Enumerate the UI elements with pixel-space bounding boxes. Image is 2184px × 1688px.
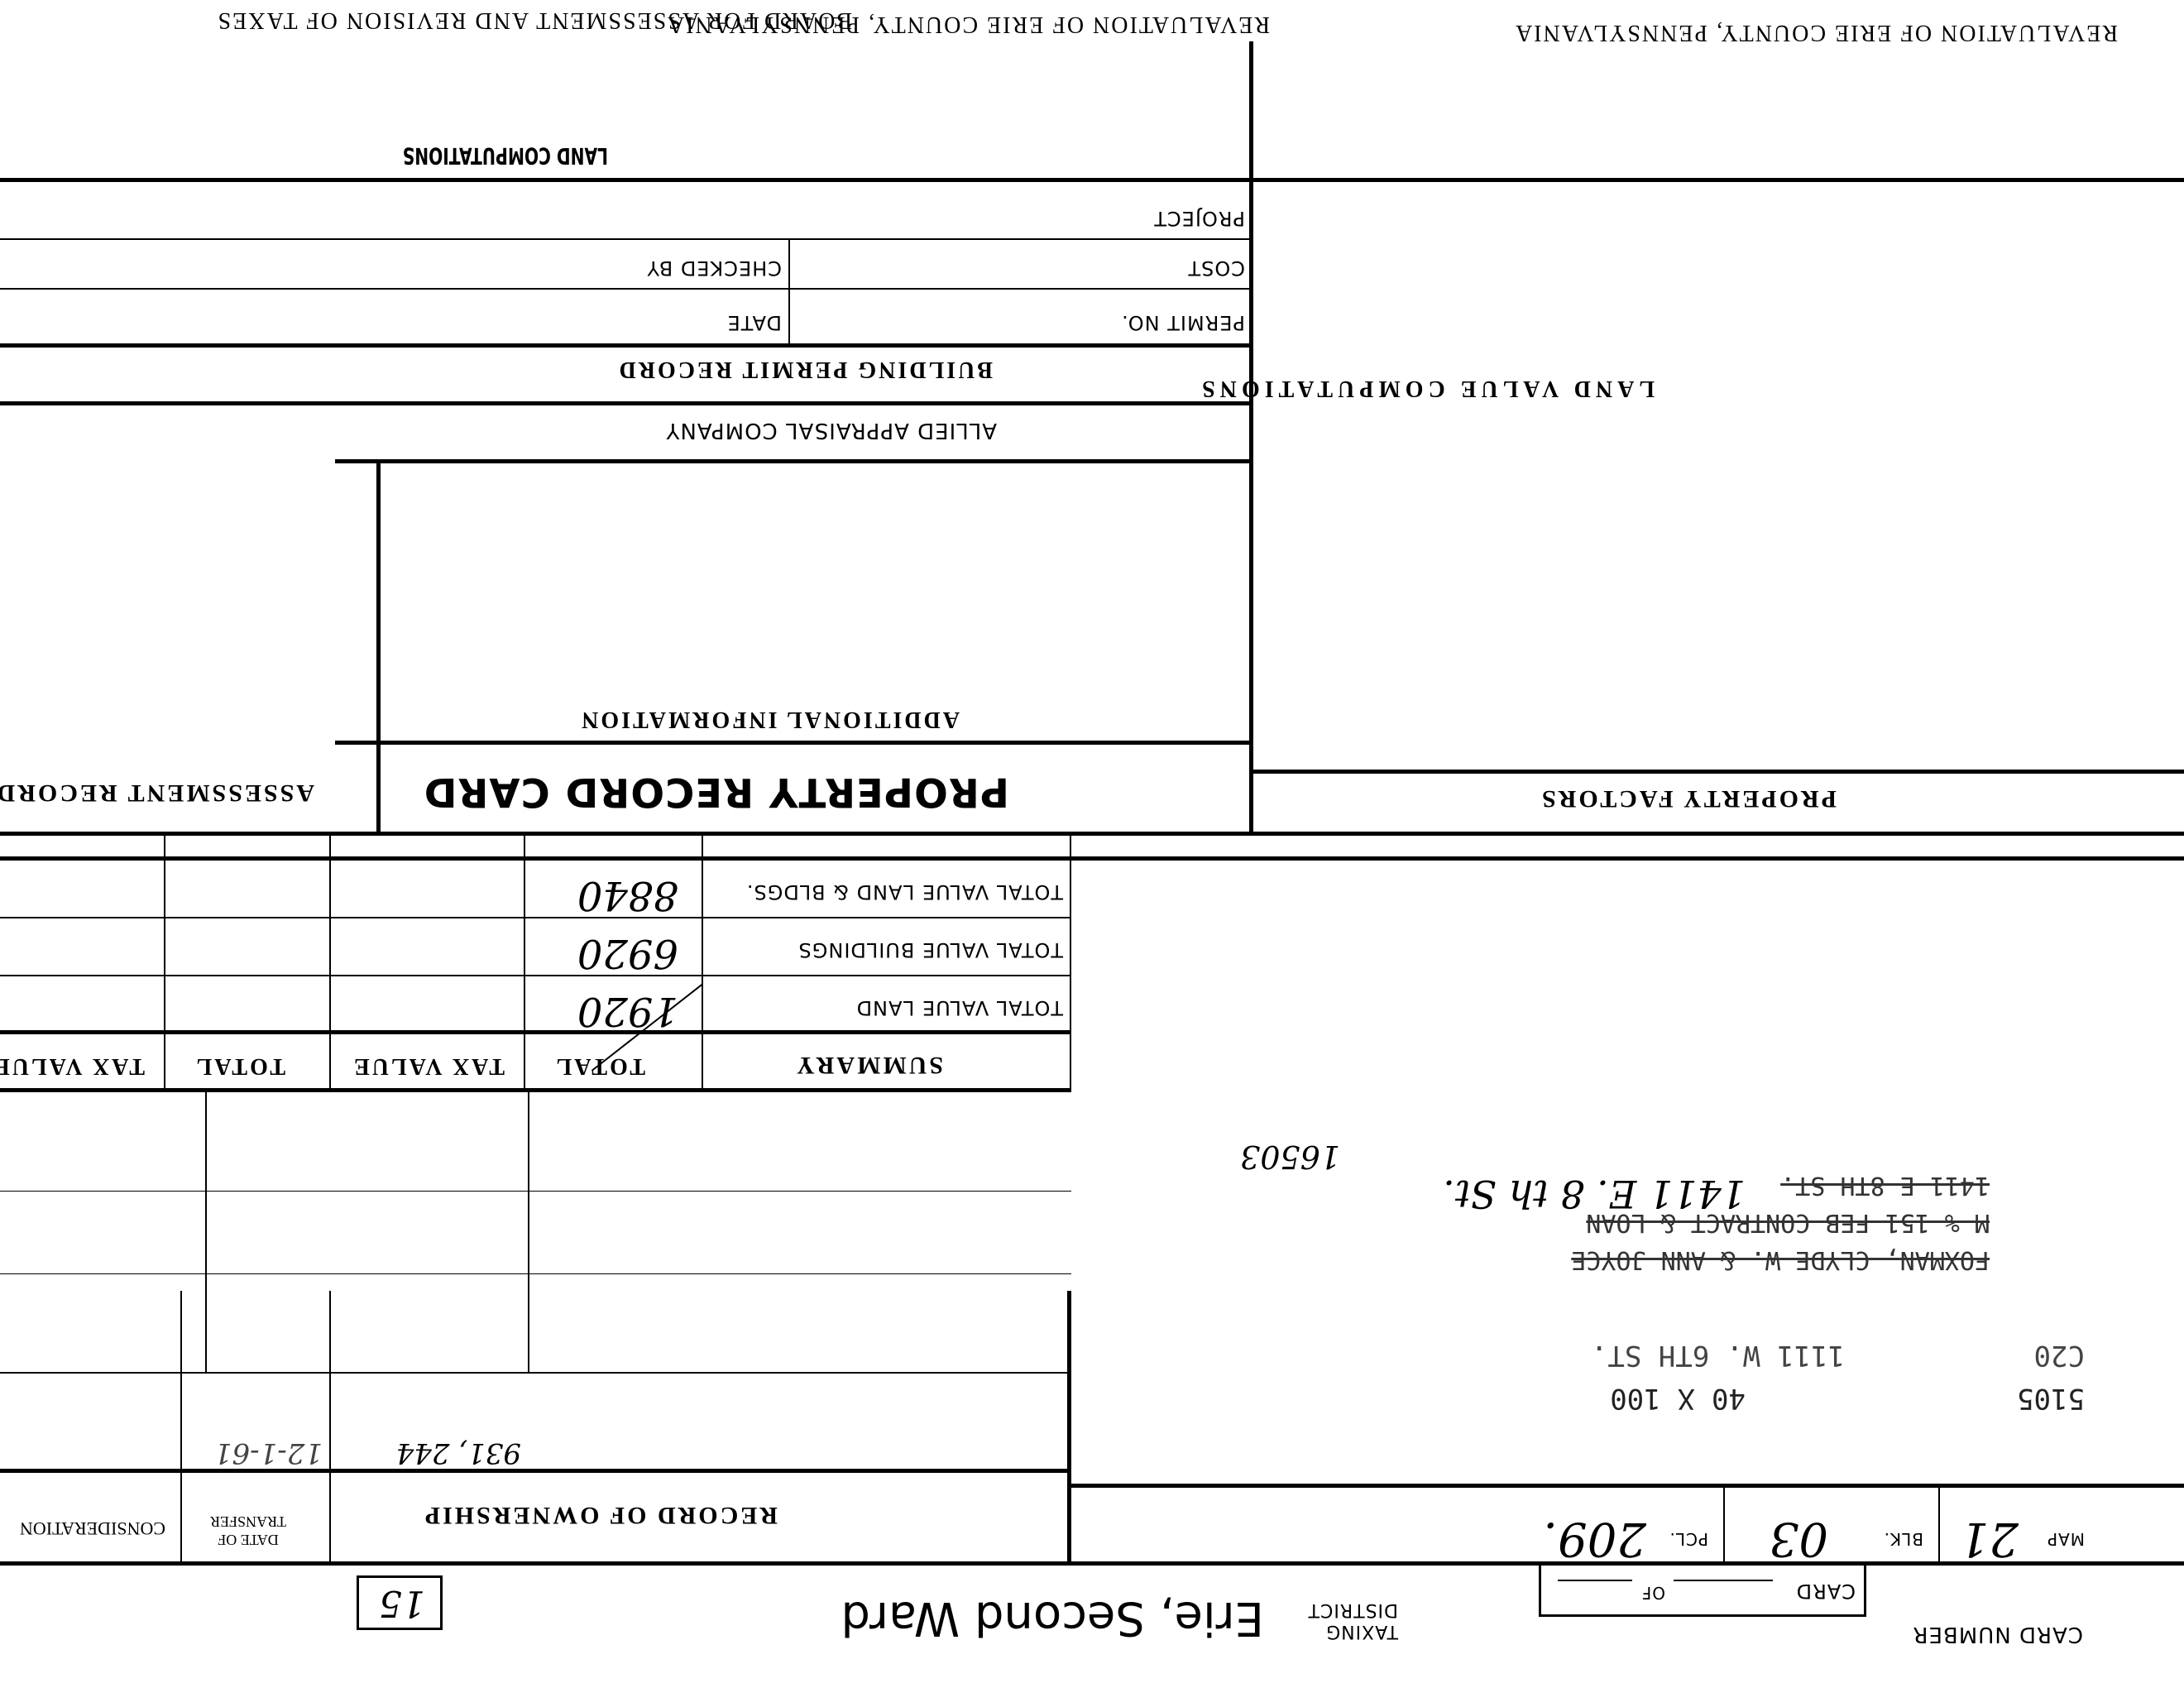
situs-address: 1111 W. 6TH ST. [1591,1339,1845,1372]
revaluation-footer-left: REVALUATION OF ERIE COUNTY, PENNSYLVANIA [1514,19,2118,46]
blk-value: 03 [1770,1512,1828,1566]
divider [0,1372,1071,1374]
divider [329,1291,331,1564]
divider [329,836,331,1092]
divider [1938,1488,1940,1564]
divider [1249,41,1253,836]
transfer-date-value: 12-1-61 [214,1436,323,1470]
board-footer: BOARD FOR ASSESSMENT AND REVISION OF TAX… [217,7,852,33]
summary-tax-value-header: TAX VALUE [352,1053,505,1079]
card-label: CARD [1796,1580,1856,1603]
summary-tax-value-header-2: TAX VALUE [0,1053,145,1079]
project-label: PROJECT [1153,207,1245,230]
summary-row-label: TOTAL VALUE BUILDINGS [798,938,1063,961]
property-record-card: CARD NUMBER CARD OF TAXING DISTRICT Erie… [0,0,2184,1688]
boxed-number: 15 [357,1575,443,1630]
map-value: 21 [1960,1512,2019,1566]
ownership-title: RECORD OF OWNERSHIP [423,1501,778,1529]
card-number-label: CARD NUMBER [1912,1622,2083,1647]
property-factors-title: PROPERTY FACTORS [1540,784,1837,813]
property-record-card-title: PROPERTY RECORD CARD [424,769,1009,815]
lot-dimensions: 40 X 100 [1610,1382,1746,1415]
summary-title: SUMMARY [794,1051,943,1079]
divider [0,856,2184,861]
divider [0,343,1253,348]
assessment-record-title: ASSESSMENT RECORD [0,779,314,807]
struck-address: 1411 E 8TH ST. [1780,1171,1990,1200]
checked-by-label: CHECKED BY [646,257,782,280]
divider [0,1088,1071,1092]
divider [0,975,1071,976]
divider [0,1561,2184,1566]
divider [0,1273,1071,1274]
consideration-label: CONSIDERATION [20,1518,165,1539]
divider [0,917,1071,918]
boxed-number-value: 15 [379,1582,425,1624]
property-code: 5105 [2017,1382,2085,1415]
cost-label: COST [1187,257,1245,280]
summary-row-label: TOTAL VALUE LAND & BLDGS. [746,880,1063,904]
divider [164,836,165,1092]
summary-row-total: 1920 [577,988,678,1034]
permit-no-label: PERMIT NO. [1121,311,1245,334]
card-of-box: CARD OF [1539,1562,1866,1617]
additional-info-title: ADDITIONAL INFORMATION [579,706,960,732]
card-number-text: CARD NUMBER [1912,1622,2083,1647]
permit-date-label: DATE [727,311,782,334]
taxing-district-value: Erie, Second Ward [841,1591,1264,1645]
map-label: MAP [2047,1529,2085,1549]
divider [0,1469,1071,1473]
struck-owner-name: FOXMAN, CLYDE W. & ANN JOYCE [1571,1245,1990,1274]
summary-row-total: 6920 [577,930,678,976]
divider [528,1092,529,1374]
of-line [1558,1580,1632,1581]
divider [0,288,1253,290]
divider [1071,1484,2184,1488]
divider [335,741,1253,745]
pcl-label: PCL. [1669,1529,1708,1549]
divider [0,401,1253,405]
divider [1070,836,1071,1092]
taxing-district-label: TAXING DISTRICT [1282,1599,1398,1642]
summary-row-total: 8840 [577,872,678,918]
deed-book-value: 931, 244 [396,1436,521,1470]
divider [335,459,1253,463]
divider [1253,770,2184,774]
pcl-value: 209. [1543,1512,1646,1566]
appraisal-company: ALLIED APPRAISAL COMPANY [666,418,997,443]
divider [0,1030,1071,1034]
divider [0,238,1253,240]
land-value-title: LAND VALUE COMPUTATIONS [1197,375,1655,401]
class-code: C20 [2034,1339,2085,1372]
divider [0,178,2184,182]
divider [0,1191,1071,1192]
divider [524,836,525,1092]
handwritten-zip: 16503 [1240,1139,1340,1175]
divider [180,1291,182,1564]
summary-row-label: TOTAL VALUE LAND [856,996,1063,1019]
summary-total-header: TOTAL [554,1053,645,1079]
divider [205,1092,207,1374]
handwritten-address: 1411 E. 8 th St. [1443,1172,1746,1216]
divider [1067,1291,1071,1564]
land-computations-label: LAND COMPUTATIONS [403,142,608,170]
divider [376,463,381,836]
blk-label: BLK. [1884,1529,1923,1549]
divider [702,836,703,1092]
divider [1723,1488,1725,1564]
date-of-transfer-label: DATE OF TRANSFER [186,1513,310,1549]
divider [788,240,790,348]
divider [0,832,2184,836]
building-permit-title: BUILDING PERMIT RECORD [617,356,993,382]
card-line [1674,1580,1773,1581]
summary-total-header-2: TOTAL [194,1053,285,1079]
of-label: OF [1641,1583,1665,1603]
